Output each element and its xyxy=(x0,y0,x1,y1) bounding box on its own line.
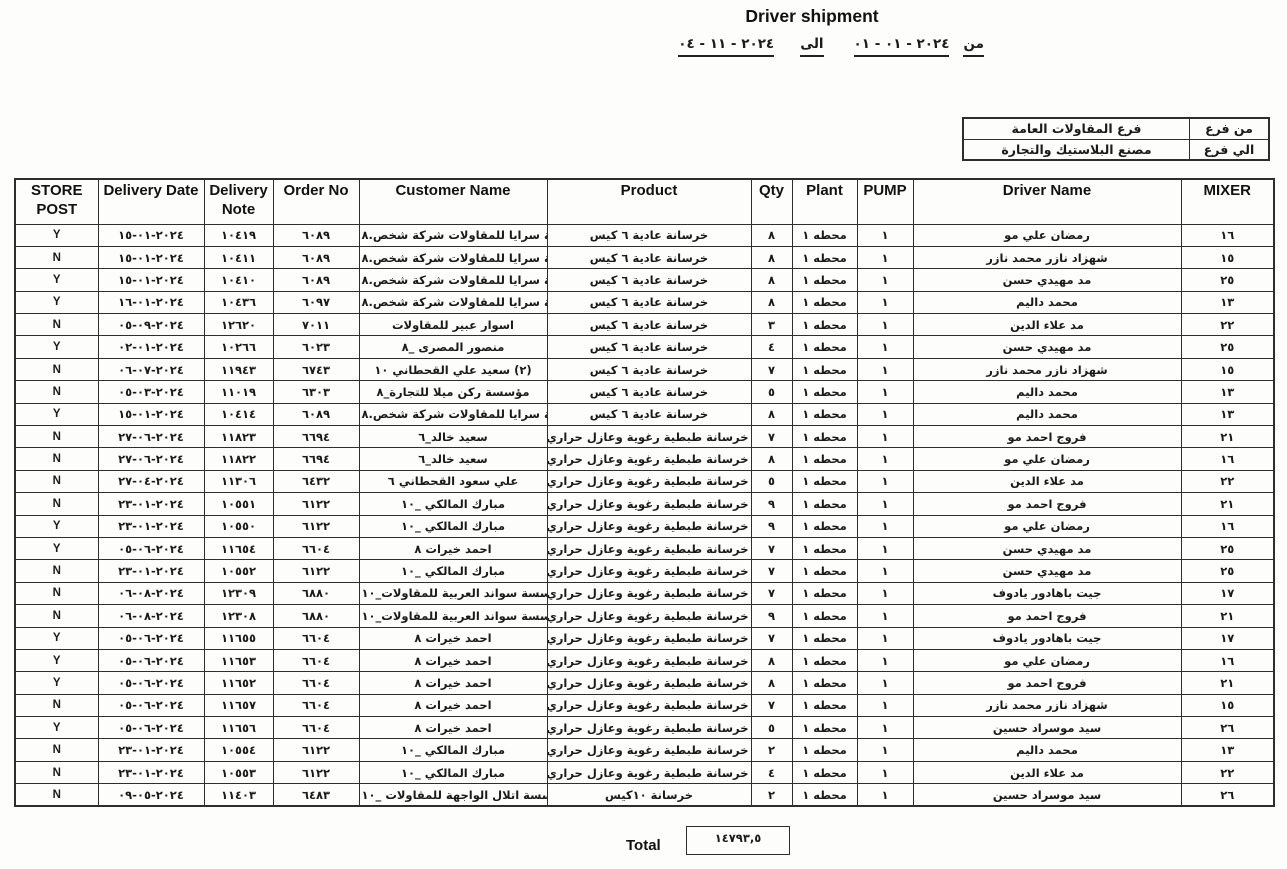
cell-store-post: Y xyxy=(15,224,98,246)
cell-plant: محطه ١ xyxy=(792,269,857,291)
cell-mixer: ١٧ xyxy=(1181,582,1274,604)
cell-driver: فروج احمد مو xyxy=(913,672,1181,694)
cell-mixer: ١٦ xyxy=(1181,224,1274,246)
cell-customer: ١٠ ‎سعيد علي القحطاني ‎(٢) xyxy=(359,358,547,380)
to-label: الى xyxy=(800,36,823,57)
cell-order-no: ٦٤٨٣ xyxy=(273,784,359,806)
cell-customer: اسوار عبير للمقاولات xyxy=(359,314,547,336)
cell-delivery-note: ١٠٤١١ xyxy=(204,246,273,268)
cell-customer: ١٠_‎ مبارك المالكي xyxy=(359,515,547,537)
table-row: N٢٧-٠٦-٢٠٢٤١١٨٢٣٦٦٩٤٦_‎سعيد خالدخرسانة ط… xyxy=(15,426,1274,448)
col-mixer: MIXER xyxy=(1181,179,1274,224)
cell-pump: ١ xyxy=(857,605,913,627)
cell-delivery-note: ١١٨٢٣ xyxy=(204,426,273,448)
cell-store-post: Y xyxy=(15,717,98,739)
cell-driver: محمد داليم xyxy=(913,291,1181,313)
cell-store-post: Y xyxy=(15,269,98,291)
cell-qty: ٤ xyxy=(751,336,792,358)
cell-mixer: ٢٥ xyxy=(1181,336,1274,358)
cell-driver: شهزاد نازر محمد نازر xyxy=(913,694,1181,716)
cell-driver: جيت باهادور يادوف xyxy=(913,627,1181,649)
col-plant: Plant xyxy=(792,179,857,224)
cell-delivery-date: ٠٥-٠٣-٢٠٢٤ xyxy=(98,381,204,403)
cell-customer: ١٠_‎مؤسسة سواند العربية للمقاولات xyxy=(359,605,547,627)
cell-store-post: N xyxy=(15,358,98,380)
cell-mixer: ١٣ xyxy=(1181,739,1274,761)
table-row: Y١٥-٠١-٢٠٢٤١٠٤١٩٦٠٨٩٨.‎شركة سرايا للمقاو… xyxy=(15,224,1274,246)
cell-pump: ١ xyxy=(857,582,913,604)
cell-pump: ١ xyxy=(857,739,913,761)
cell-plant: محطه ١ xyxy=(792,493,857,515)
header-row: STORE POST Delivery Date Delivery Note O… xyxy=(15,179,1274,224)
cell-driver: مد مهيدي حسن xyxy=(913,336,1181,358)
cell-delivery-date: ٠٥-٠٦-٢٠٢٤ xyxy=(98,649,204,671)
table-row: N٢٧-٠٤-٢٠٢٤١١٣٠٦٦٤٣٢٦ ‎علي سعود القحطاني… xyxy=(15,470,1274,492)
table-row: N٠٥-٠٣-٢٠٢٤١١٠١٩٦٣٠٣٨_‎مؤسسة ركن ميلا لل… xyxy=(15,381,1274,403)
cell-plant: محطه ١ xyxy=(792,582,857,604)
cell-product: خرسانة عادية ٦ كيس xyxy=(547,291,751,313)
cell-qty: ٨ xyxy=(751,224,792,246)
cell-delivery-date: ٢٧-٠٤-٢٠٢٤ xyxy=(98,470,204,492)
cell-delivery-date: ١٦-٠١-٢٠٢٤ xyxy=(98,291,204,313)
cell-order-no: ٦٦٠٤ xyxy=(273,717,359,739)
col-pump: PUMP xyxy=(857,179,913,224)
cell-plant: محطه ١ xyxy=(792,605,857,627)
cell-plant: محطه ١ xyxy=(792,649,857,671)
cell-delivery-date: ٠٥-٠٦-٢٠٢٤ xyxy=(98,694,204,716)
report-date-range: من ٠١ - ٠١ - ٢٠٢٤ الى ٠٤ - ١١ - ٢٠٢٤ xyxy=(592,36,984,57)
cell-plant: محطه ١ xyxy=(792,336,857,358)
cell-qty: ٩ xyxy=(751,605,792,627)
table-row: Y٠٥-٠٦-٢٠٢٤١١٦٥٥٦٦٠٤٨ ‎احمد خيراتخرسانة … xyxy=(15,627,1274,649)
cell-driver: محمد داليم xyxy=(913,739,1181,761)
cell-delivery-date: ٢٣-٠١-٢٠٢٤ xyxy=(98,515,204,537)
cell-product: خرسانة طبطية رغوية وعازل حراري ٨ كيس xyxy=(547,605,751,627)
total-label: Total xyxy=(626,837,661,854)
cell-mixer: ٢٢ xyxy=(1181,314,1274,336)
cell-plant: محطه ١ xyxy=(792,470,857,492)
report-title: Driver shipment xyxy=(662,6,962,27)
cell-mixer: ١٣ xyxy=(1181,403,1274,425)
cell-mixer: ٢٥ xyxy=(1181,537,1274,559)
cell-store-post: Y xyxy=(15,515,98,537)
cell-qty: ٧ xyxy=(751,582,792,604)
cell-mixer: ٢١ xyxy=(1181,672,1274,694)
cell-store-post: N xyxy=(15,381,98,403)
cell-order-no: ٦٠٨٩ xyxy=(273,224,359,246)
cell-driver: مد علاء الدين xyxy=(913,470,1181,492)
cell-product: خرسانة طبطية رغوية وعازل حراري ٨ كيس xyxy=(547,537,751,559)
cell-qty: ٧ xyxy=(751,627,792,649)
table-row: N٢٣-٠١-٢٠٢٤١٠٥٥١٦١٢٢١٠_‎ مبارك المالكيخر… xyxy=(15,493,1274,515)
cell-plant: محطه ١ xyxy=(792,426,857,448)
cell-mixer: ١٣ xyxy=(1181,381,1274,403)
table-row: N٠٥-٠٩-٢٠٢٤١٢٦٢٠٧٠١١اسوار عبير للمقاولات… xyxy=(15,314,1274,336)
cell-mixer: ١٦ xyxy=(1181,448,1274,470)
cell-customer: ١٠_‎مؤسسة سواند العربية للمقاولات xyxy=(359,582,547,604)
cell-pump: ١ xyxy=(857,694,913,716)
cell-order-no: ٦٧٤٣ xyxy=(273,358,359,380)
shipments-table: STORE POST Delivery Date Delivery Note O… xyxy=(14,178,1275,807)
cell-delivery-note: ١١٦٥٢ xyxy=(204,672,273,694)
cell-pump: ١ xyxy=(857,448,913,470)
from-label: من xyxy=(963,36,984,57)
cell-driver: فروج احمد مو xyxy=(913,426,1181,448)
cell-driver: فروج احمد مو xyxy=(913,493,1181,515)
cell-order-no: ٦٠٩٧ xyxy=(273,291,359,313)
cell-product: خرسانة طبطية رغوية وعازل حراري ٨ كيس xyxy=(547,627,751,649)
branch-box: من فرع فرع المقاولات العامة الي فرع مصنع… xyxy=(962,117,1270,161)
cell-product: خرسانة عادية ٦ كيس xyxy=(547,224,751,246)
cell-driver: محمد داليم xyxy=(913,403,1181,425)
cell-customer: ٨ ‎احمد خيرات xyxy=(359,694,547,716)
cell-store-post: Y xyxy=(15,291,98,313)
cell-plant: محطه ١ xyxy=(792,381,857,403)
cell-store-post: N xyxy=(15,582,98,604)
cell-mixer: ٢٢ xyxy=(1181,761,1274,783)
cell-delivery-note: ١١٦٥٧ xyxy=(204,694,273,716)
cell-delivery-note: ١١٦٥٥ xyxy=(204,627,273,649)
cell-delivery-date: ٠٥-٠٦-٢٠٢٤ xyxy=(98,672,204,694)
cell-pump: ١ xyxy=(857,358,913,380)
cell-product: خرسانة طبطية رغوية وعازل حراري ٨ كيس xyxy=(547,448,751,470)
cell-product: خرسانة عادية ٦ كيس xyxy=(547,358,751,380)
cell-pump: ١ xyxy=(857,717,913,739)
cell-delivery-note: ١١٤٠٣ xyxy=(204,784,273,806)
cell-qty: ٧ xyxy=(751,426,792,448)
cell-delivery-date: ٠٦-٠٨-٢٠٢٤ xyxy=(98,582,204,604)
cell-delivery-note: ١١٦٥٦ xyxy=(204,717,273,739)
cell-pump: ١ xyxy=(857,336,913,358)
cell-product: خرسانة طبطية رغوية وعازل حراري ٨ كيس xyxy=(547,560,751,582)
cell-store-post: N xyxy=(15,470,98,492)
cell-product: خرسانة عادية ٦ كيس xyxy=(547,403,751,425)
cell-order-no: ٦٦٠٤ xyxy=(273,694,359,716)
branch-from-row: من فرع فرع المقاولات العامة xyxy=(964,119,1268,140)
branch-to-value: مصنع البلاستيك والتجارة xyxy=(964,140,1189,160)
cell-mixer: ٢٦ xyxy=(1181,717,1274,739)
total-value-box: ١٤٧٩٣,٥ xyxy=(686,826,790,855)
cell-mixer: ١٥ xyxy=(1181,246,1274,268)
cell-delivery-note: ١١٩٤٣ xyxy=(204,358,273,380)
cell-driver: سيد موسراد حسين xyxy=(913,717,1181,739)
cell-driver: رمضان علي مو xyxy=(913,515,1181,537)
cell-pump: ١ xyxy=(857,537,913,559)
cell-pump: ١ xyxy=(857,224,913,246)
cell-product: خرسانة طبطية رغوية وعازل حراري ٨ كيس xyxy=(547,426,751,448)
cell-driver: مد مهيدي حسن xyxy=(913,537,1181,559)
cell-pump: ١ xyxy=(857,672,913,694)
cell-pump: ١ xyxy=(857,470,913,492)
col-qty: Qty xyxy=(751,179,792,224)
cell-store-post: N xyxy=(15,426,98,448)
cell-driver: رمضان علي مو xyxy=(913,224,1181,246)
cell-delivery-date: ٠٢-٠١-٢٠٢٤ xyxy=(98,336,204,358)
cell-order-no: ٦٨٨٠ xyxy=(273,605,359,627)
cell-qty: ٨ xyxy=(751,246,792,268)
cell-delivery-note: ١٢٣٠٨ xyxy=(204,605,273,627)
cell-plant: محطه ١ xyxy=(792,515,857,537)
branch-from-label: من فرع xyxy=(1189,119,1268,139)
cell-plant: محطه ١ xyxy=(792,761,857,783)
cell-customer: ٦_‎سعيد خالد xyxy=(359,426,547,448)
cell-qty: ٨ xyxy=(751,672,792,694)
cell-delivery-date: ٢٣-٠١-٢٠٢٤ xyxy=(98,560,204,582)
cell-plant: محطه ١ xyxy=(792,291,857,313)
cell-product: خرسانة طبطية رغوية وعازل حراري ٨ كيس xyxy=(547,470,751,492)
cell-delivery-date: ٠٩-٠٥-٢٠٢٤ xyxy=(98,784,204,806)
table-row: N٢٧-٠٦-٢٠٢٤١١٨٢٢٦٦٩٤٦_‎سعيد خالدخرسانة ط… xyxy=(15,448,1274,470)
cell-product: خرسانة طبطية رغوية وعازل حراري ٨ كيس xyxy=(547,672,751,694)
cell-qty: ٥ xyxy=(751,717,792,739)
col-customer-name: Customer Name xyxy=(359,179,547,224)
cell-delivery-date: ٠٥-٠٦-٢٠٢٤ xyxy=(98,537,204,559)
table-row: Y١٦-٠١-٢٠٢٤١٠٤٣٦٦٠٩٧٨.‎شركة سرايا للمقاو… xyxy=(15,291,1274,313)
cell-driver: مد مهيدي حسن xyxy=(913,560,1181,582)
cell-qty: ٨ xyxy=(751,269,792,291)
cell-order-no: ٧٠١١ xyxy=(273,314,359,336)
cell-order-no: ٦١٢٢ xyxy=(273,493,359,515)
table-row: N١٥-٠١-٢٠٢٤١٠٤١١٦٠٨٩٨.‎شركة سرايا للمقاو… xyxy=(15,246,1274,268)
cell-customer: ١٠_‎ مبارك المالكي xyxy=(359,560,547,582)
cell-plant: محطه ١ xyxy=(792,694,857,716)
to-date: ٠٤ - ١١ - ٢٠٢٤ xyxy=(678,36,774,57)
cell-driver: مد مهيدي حسن xyxy=(913,269,1181,291)
cell-product: خرسانة عادية ٦ كيس xyxy=(547,269,751,291)
cell-customer: ١٠_‎ مؤسسة اتلال الواجهة للمقاولات xyxy=(359,784,547,806)
table-row: N٠٦-٠٨-٢٠٢٤١٢٣٠٩٦٨٨٠١٠_‎مؤسسة سواند العر… xyxy=(15,582,1274,604)
cell-order-no: ٦٦٠٤ xyxy=(273,672,359,694)
cell-store-post: Y xyxy=(15,336,98,358)
cell-delivery-date: ٢٣-٠١-٢٠٢٤ xyxy=(98,739,204,761)
cell-delivery-note: ١٠٥٥٢ xyxy=(204,560,273,582)
cell-delivery-date: ٠٥-٠٦-٢٠٢٤ xyxy=(98,627,204,649)
cell-delivery-note: ١١٦٥٣ xyxy=(204,649,273,671)
cell-delivery-note: ١٠٤١٤ xyxy=(204,403,273,425)
col-order-no: Order No xyxy=(273,179,359,224)
cell-customer: ٨_‎ منصور المصرى xyxy=(359,336,547,358)
cell-delivery-date: ٢٣-٠١-٢٠٢٤ xyxy=(98,493,204,515)
cell-product: خرسانة طبطية رغوية وعازل حراري ٨ كيس xyxy=(547,582,751,604)
table-row: Y٢٣-٠١-٢٠٢٤١٠٥٥٠٦١٢٢١٠_‎ مبارك المالكيخر… xyxy=(15,515,1274,537)
cell-order-no: ٦١٢٢ xyxy=(273,739,359,761)
cell-qty: ٧ xyxy=(751,358,792,380)
cell-plant: محطه ١ xyxy=(792,403,857,425)
col-store-post: STORE POST xyxy=(15,179,98,224)
cell-pump: ١ xyxy=(857,291,913,313)
cell-qty: ٤ xyxy=(751,761,792,783)
cell-order-no: ٦٦٠٤ xyxy=(273,649,359,671)
table-row: N٢٣-٠١-٢٠٢٤١٠٥٥٢٦١٢٢١٠_‎ مبارك المالكيخر… xyxy=(15,560,1274,582)
cell-order-no: ٦٦٠٤ xyxy=(273,537,359,559)
cell-order-no: ٦٣٠٣ xyxy=(273,381,359,403)
cell-customer: ١٠_‎ مبارك المالكي xyxy=(359,739,547,761)
table-row: Y١٥-٠١-٢٠٢٤١٠٤١٠٦٠٨٩٨.‎شركة سرايا للمقاو… xyxy=(15,269,1274,291)
cell-order-no: ٦١٢٢ xyxy=(273,560,359,582)
cell-delivery-date: ١٥-٠١-٢٠٢٤ xyxy=(98,246,204,268)
cell-store-post: Y xyxy=(15,403,98,425)
cell-order-no: ٦٦٩٤ xyxy=(273,448,359,470)
cell-customer: ٨ ‎احمد خيرات xyxy=(359,537,547,559)
cell-customer: ٨ ‎احمد خيرات xyxy=(359,672,547,694)
cell-customer: ٨_‎مؤسسة ركن ميلا للتجارة xyxy=(359,381,547,403)
cell-mixer: ٢١ xyxy=(1181,426,1274,448)
cell-delivery-note: ١٠٥٥٤ xyxy=(204,739,273,761)
cell-delivery-date: ٢٧-٠٦-٢٠٢٤ xyxy=(98,426,204,448)
cell-mixer: ٢٢ xyxy=(1181,470,1274,492)
cell-mixer: ٢١ xyxy=(1181,605,1274,627)
cell-delivery-date: ٢٣-٠١-٢٠٢٤ xyxy=(98,761,204,783)
table-row: N٢٣-٠١-٢٠٢٤١٠٥٥٤٦١٢٢١٠_‎ مبارك المالكيخر… xyxy=(15,739,1274,761)
cell-qty: ٨ xyxy=(751,448,792,470)
cell-order-no: ٦١٢٢ xyxy=(273,761,359,783)
cell-product: خرسانة طبطية رغوية وعازل حراري ٨ كيس xyxy=(547,515,751,537)
cell-driver: رمضان علي مو xyxy=(913,448,1181,470)
cell-qty: ٢ xyxy=(751,739,792,761)
cell-customer: ٦ ‎علي سعود القحطاني xyxy=(359,470,547,492)
cell-mixer: ١٧ xyxy=(1181,627,1274,649)
cell-mixer: ٢٦ xyxy=(1181,784,1274,806)
cell-plant: محطه ١ xyxy=(792,672,857,694)
cell-product: خرسانة طبطية رغوية وعازل حراري ٨ كيس xyxy=(547,739,751,761)
cell-mixer: ١٣ xyxy=(1181,291,1274,313)
cell-driver: مد علاء الدين xyxy=(913,314,1181,336)
branch-from-value: فرع المقاولات العامة xyxy=(964,119,1189,139)
cell-store-post: Y xyxy=(15,627,98,649)
cell-pump: ١ xyxy=(857,269,913,291)
cell-pump: ١ xyxy=(857,493,913,515)
cell-delivery-date: ١٥-٠١-٢٠٢٤ xyxy=(98,403,204,425)
cell-delivery-note: ١١٦٥٤ xyxy=(204,537,273,559)
cell-store-post: N xyxy=(15,560,98,582)
cell-delivery-date: ٢٧-٠٦-٢٠٢٤ xyxy=(98,448,204,470)
cell-plant: محطه ١ xyxy=(792,717,857,739)
cell-order-no: ٦٦٠٤ xyxy=(273,627,359,649)
cell-pump: ١ xyxy=(857,515,913,537)
cell-order-no: ٦٤٣٢ xyxy=(273,470,359,492)
cell-order-no: ٦٠٨٩ xyxy=(273,269,359,291)
cell-delivery-date: ٠٦-٠٧-٢٠٢٤ xyxy=(98,358,204,380)
cell-driver: جيت باهادور يادوف xyxy=(913,582,1181,604)
branch-to-label: الي فرع xyxy=(1189,140,1268,160)
cell-delivery-note: ١٠٤١٠ xyxy=(204,269,273,291)
cell-qty: ٣ xyxy=(751,314,792,336)
cell-product: خرسانة طبطية رغوية وعازل حراري ٨ كيس xyxy=(547,649,751,671)
cell-pump: ١ xyxy=(857,314,913,336)
cell-customer: ٨ ‎احمد خيرات xyxy=(359,717,547,739)
col-driver-name: Driver Name xyxy=(913,179,1181,224)
cell-customer: ٨.‎شركة سرايا للمقاولات شركة شخص xyxy=(359,224,547,246)
cell-plant: محطه ١ xyxy=(792,560,857,582)
cell-qty: ٧ xyxy=(751,537,792,559)
cell-customer: ٨.‎شركة سرايا للمقاولات شركة شخص xyxy=(359,269,547,291)
cell-pump: ١ xyxy=(857,403,913,425)
cell-delivery-date: ٠٦-٠٨-٢٠٢٤ xyxy=(98,605,204,627)
cell-order-no: ٦٦٩٤ xyxy=(273,426,359,448)
cell-order-no: ٦١٢٢ xyxy=(273,515,359,537)
cell-product: خرسانة عادية ٦ كيس xyxy=(547,381,751,403)
cell-pump: ١ xyxy=(857,560,913,582)
cell-qty: ٧ xyxy=(751,694,792,716)
cell-delivery-note: ١١٠١٩ xyxy=(204,381,273,403)
col-product: Product xyxy=(547,179,751,224)
cell-mixer: ١٥ xyxy=(1181,694,1274,716)
cell-delivery-note: ١٠٢٦٦ xyxy=(204,336,273,358)
table-row: Y٠٥-٠٦-٢٠٢٤١١٦٥٣٦٦٠٤٨ ‎احمد خيراتخرسانة … xyxy=(15,649,1274,671)
table-row: N٠٦-٠٧-٢٠٢٤١١٩٤٣٦٧٤٣١٠ ‎سعيد علي القحطان… xyxy=(15,358,1274,380)
cell-product: خرسانة ١٠كيس xyxy=(547,784,751,806)
cell-mixer: ٢٥ xyxy=(1181,269,1274,291)
cell-product: خرسانة طبطية رغوية وعازل حراري ٨ كيس xyxy=(547,694,751,716)
col-delivery-date: Delivery Date xyxy=(98,179,204,224)
cell-driver: محمد داليم xyxy=(913,381,1181,403)
cell-order-no: ٦٠٢٣ xyxy=(273,336,359,358)
cell-customer: ٨ ‎احمد خيرات xyxy=(359,627,547,649)
cell-product: خرسانة عادية ٦ كيس xyxy=(547,314,751,336)
table-row: N٢٣-٠١-٢٠٢٤١٠٥٥٣٦١٢٢١٠_‎ مبارك المالكيخر… xyxy=(15,761,1274,783)
cell-customer: ٨.‎شركة سرايا للمقاولات شركة شخص xyxy=(359,403,547,425)
cell-driver: مد علاء الدين xyxy=(913,761,1181,783)
cell-store-post: N xyxy=(15,493,98,515)
cell-order-no: ٦٨٨٠ xyxy=(273,582,359,604)
cell-mixer: ٢١ xyxy=(1181,493,1274,515)
cell-product: خرسانة طبطية رغوية وعازل حراري ٨ كيس xyxy=(547,761,751,783)
cell-store-post: N xyxy=(15,314,98,336)
table-row: N٠٥-٠٦-٢٠٢٤١١٦٥٧٦٦٠٤٨ ‎احمد خيراتخرسانة … xyxy=(15,694,1274,716)
cell-store-post: Y xyxy=(15,649,98,671)
cell-qty: ٥ xyxy=(751,381,792,403)
cell-customer: ١٠_‎ مبارك المالكي xyxy=(359,493,547,515)
cell-customer: ١٠_‎ مبارك المالكي xyxy=(359,761,547,783)
cell-driver: فروج احمد مو xyxy=(913,605,1181,627)
cell-delivery-date: ١٥-٠١-٢٠٢٤ xyxy=(98,224,204,246)
cell-plant: محطه ١ xyxy=(792,358,857,380)
cell-qty: ٨ xyxy=(751,403,792,425)
cell-delivery-note: ١٠٤١٩ xyxy=(204,224,273,246)
cell-pump: ١ xyxy=(857,426,913,448)
table-row: Y٠٥-٠٦-٢٠٢٤١١٦٥٢٦٦٠٤٨ ‎احمد خيراتخرسانة … xyxy=(15,672,1274,694)
from-date: ٠١ - ٠١ - ٢٠٢٤ xyxy=(854,36,950,57)
cell-qty: ٢ xyxy=(751,784,792,806)
cell-plant: محطه ١ xyxy=(792,448,857,470)
cell-driver: شهزاد نازر محمد نازر xyxy=(913,358,1181,380)
cell-store-post: Y xyxy=(15,672,98,694)
cell-qty: ٨ xyxy=(751,649,792,671)
cell-customer: ٨ ‎احمد خيرات xyxy=(359,649,547,671)
cell-pump: ١ xyxy=(857,761,913,783)
cell-delivery-note: ١٠٤٣٦ xyxy=(204,291,273,313)
cell-store-post: N xyxy=(15,246,98,268)
cell-delivery-note: ١١٣٠٦ xyxy=(204,470,273,492)
report-page: Driver shipment من ٠١ - ٠١ - ٢٠٢٤ الى ٠٤… xyxy=(0,0,1287,869)
cell-pump: ١ xyxy=(857,246,913,268)
cell-mixer: ١٦ xyxy=(1181,515,1274,537)
cell-plant: محطه ١ xyxy=(792,314,857,336)
table-row: N٠٩-٠٥-٢٠٢٤١١٤٠٣٦٤٨٣١٠_‎ مؤسسة اتلال الو… xyxy=(15,784,1274,806)
cell-delivery-note: ١٠٥٥١ xyxy=(204,493,273,515)
cell-product: خرسانة عادية ٦ كيس xyxy=(547,336,751,358)
cell-customer: ٨.‎شركة سرايا للمقاولات شركة شخص xyxy=(359,246,547,268)
cell-customer: ٦_‎سعيد خالد xyxy=(359,448,547,470)
cell-customer: ٨.‎شركة سرايا للمقاولات شركة شخص xyxy=(359,291,547,313)
cell-plant: محطه ١ xyxy=(792,537,857,559)
cell-qty: ٥ xyxy=(751,470,792,492)
cell-plant: محطه ١ xyxy=(792,627,857,649)
cell-qty: ٧ xyxy=(751,560,792,582)
cell-delivery-note: ١١٨٢٢ xyxy=(204,448,273,470)
cell-store-post: Y xyxy=(15,537,98,559)
cell-order-no: ٦٠٨٩ xyxy=(273,246,359,268)
